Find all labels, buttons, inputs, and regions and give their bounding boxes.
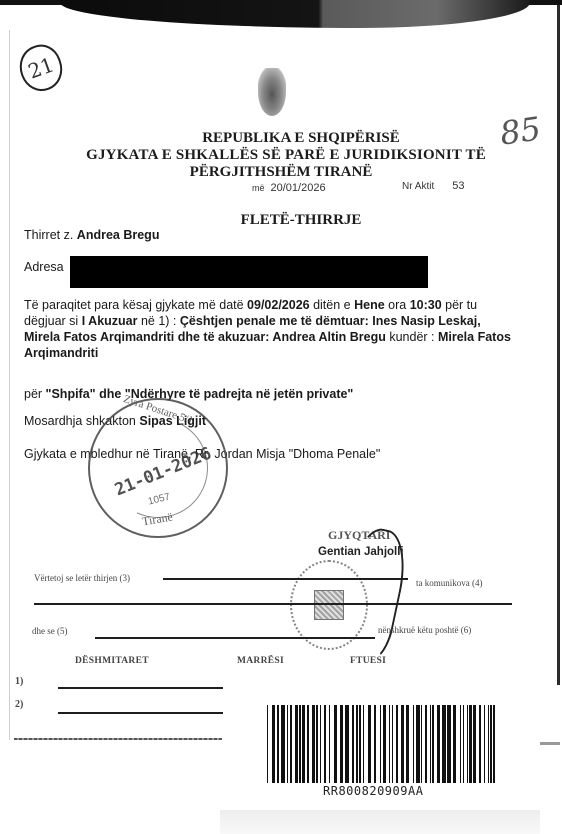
witness-1-line	[58, 687, 223, 689]
charges: për "Shpifa" dhe "Ndërhyre të padrejta n…	[24, 387, 353, 401]
handwritten-circled-number: 21	[13, 39, 68, 97]
and-line	[95, 637, 375, 639]
witness-2-label: 2)	[15, 699, 23, 710]
witness-1-label: 1)	[15, 676, 23, 687]
postal-stamp: Zyra Postare 5/1 21-01-2026 1057 Tiranë	[88, 398, 228, 538]
act-number: Nr Aktit53	[402, 180, 464, 192]
court-heading-line1: GJYKATA E SHKALLËS SË PARË E JURIDIKSION…	[0, 147, 562, 164]
recipient-heading: MARRËSI	[237, 656, 284, 666]
witness-2-line	[58, 712, 223, 714]
sign-here-label: nënshkruë këtu poshtë (6)	[378, 625, 471, 635]
and-label: dhe se (5)	[32, 626, 68, 636]
scanner-shadow	[0, 0, 562, 30]
receipt-line	[34, 603, 512, 605]
country-heading: REPUBLIKA E SHQIPËRISË	[0, 130, 562, 147]
barcode	[265, 705, 499, 783]
document-title: FLETË-THIRRJE	[0, 212, 562, 229]
summoner-heading: FTUESI	[350, 656, 386, 666]
barcode-number: RR800820909AA	[323, 784, 423, 798]
delivered-label: ta komunikova (4)	[416, 578, 483, 588]
witnesses-heading: DËSHMITARET	[75, 656, 149, 666]
certify-line	[163, 578, 408, 580]
perforation-line	[14, 738, 222, 740]
edge-mark	[540, 742, 560, 745]
albania-coat-of-arms-icon	[258, 68, 286, 116]
address-label: Adresa	[24, 260, 64, 274]
court-heading-line2: PËRGJITHSHËM TIRANË	[0, 164, 562, 181]
scan-artifact	[220, 810, 540, 834]
summons-body: Të paraqitet para kësaj gjykate më datë …	[24, 297, 514, 361]
page-edge	[557, 5, 560, 685]
summoned-person: Thirret z. Andrea Bregu	[24, 228, 159, 242]
certify-label: Vërtetoj se letër thirjen (3)	[34, 573, 130, 583]
issue-date: më20/01/2026	[252, 182, 326, 194]
address-redaction	[70, 256, 428, 288]
